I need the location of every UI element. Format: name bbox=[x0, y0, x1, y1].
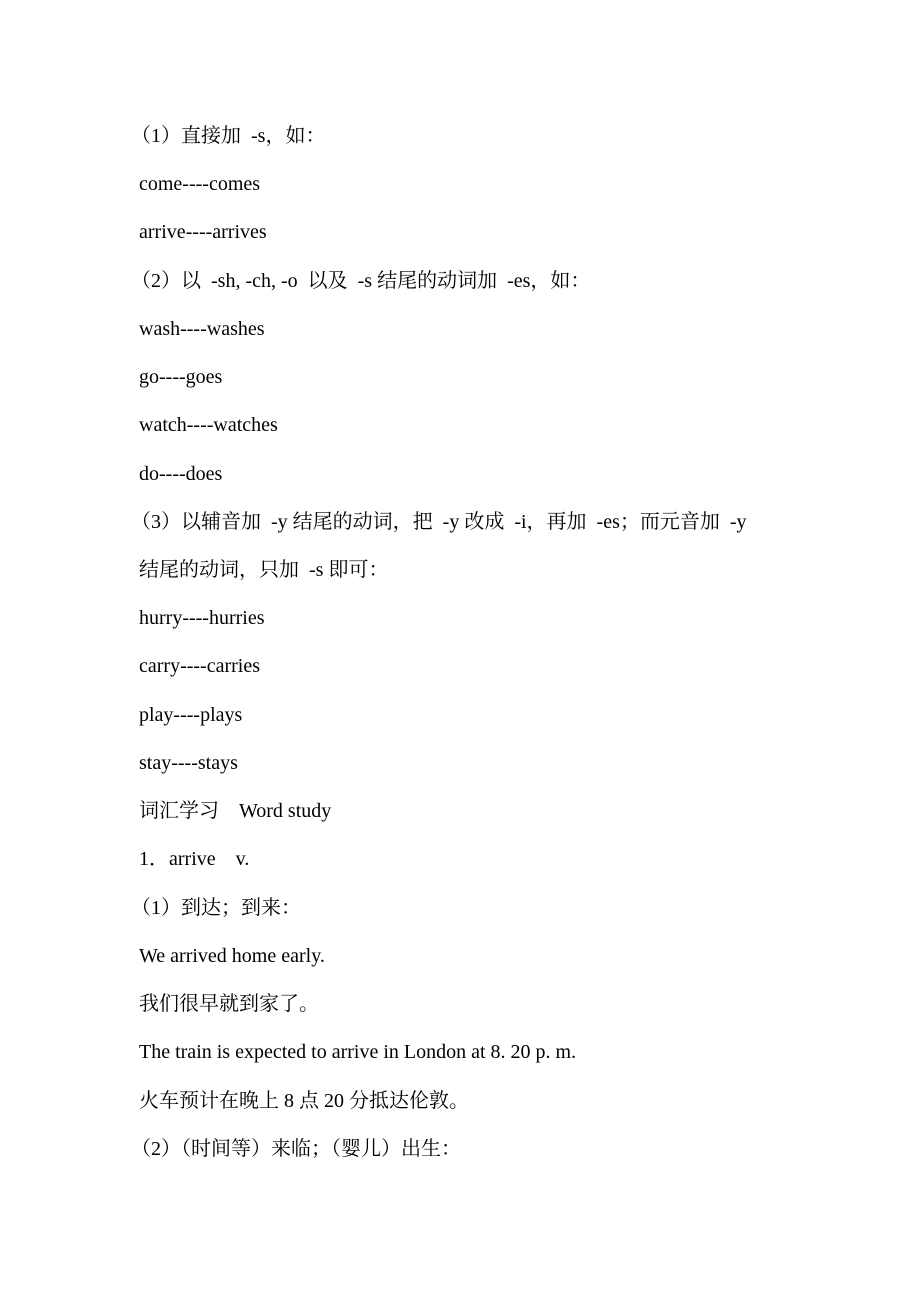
example-do: do----does bbox=[139, 462, 222, 486]
example-sentence-zh-1: 我们很早就到家了。 bbox=[139, 992, 319, 1016]
example-stay: stay----stays bbox=[139, 751, 238, 775]
document-page: （1）直接加 -s，如： come----comes arrive----arr… bbox=[0, 0, 920, 1302]
section-heading-word-study: 词汇学习 Word study bbox=[139, 799, 331, 823]
rule-3-heading-cont: 结尾的动词，只加 -s 即可： bbox=[139, 558, 388, 582]
example-arrive: arrive----arrives bbox=[139, 220, 267, 244]
example-come: come----comes bbox=[139, 172, 260, 196]
rule-3-heading: （3）以辅音加 -y 结尾的动词，把 -y 改成 -i，再加 -es；而元音加 … bbox=[131, 510, 747, 534]
example-sentence-en-1: We arrived home early. bbox=[139, 944, 325, 968]
rule-1-heading: （1）直接加 -s，如： bbox=[131, 124, 325, 148]
example-play: play----plays bbox=[139, 703, 242, 727]
example-go: go----goes bbox=[139, 365, 222, 389]
sense-1-heading: （1）到达；到来： bbox=[131, 896, 301, 920]
sense-2-heading: （2）（时间等）来临；（婴儿）出生： bbox=[131, 1137, 461, 1161]
example-watch: watch----watches bbox=[139, 413, 278, 437]
example-hurry: hurry----hurries bbox=[139, 606, 265, 630]
example-sentence-zh-2: 火车预计在晚上 8 点 20 分抵达伦敦。 bbox=[139, 1089, 469, 1113]
example-sentence-en-2: The train is expected to arrive in Londo… bbox=[139, 1040, 576, 1064]
rule-2-heading: （2）以 -sh, -ch, -o 以及 -s 结尾的动词加 -es，如： bbox=[131, 269, 590, 293]
example-wash: wash----washes bbox=[139, 317, 265, 341]
vocab-entry-arrive: 1．arrive v. bbox=[139, 847, 249, 871]
example-carry: carry----carries bbox=[139, 654, 260, 678]
